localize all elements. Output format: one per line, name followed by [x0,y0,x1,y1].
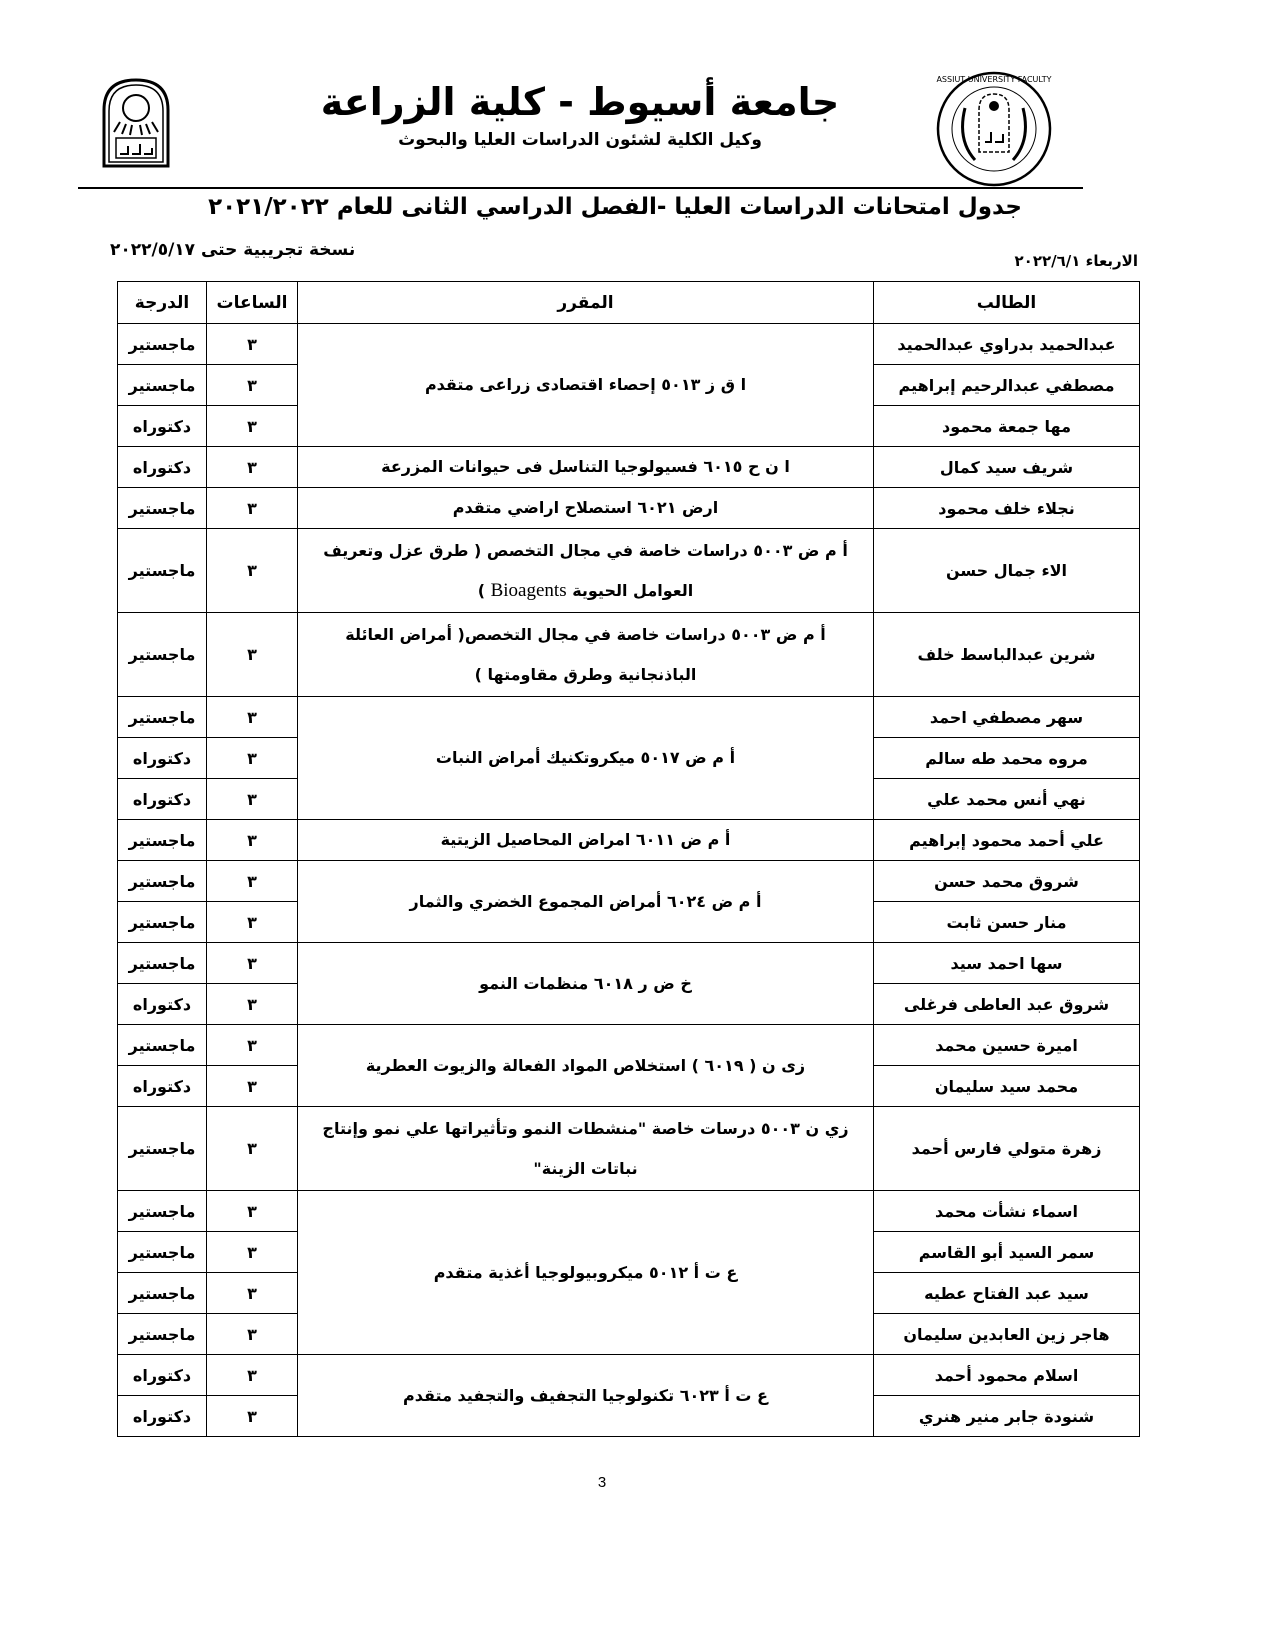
student-name: شنودة جابر منير هنري [874,1396,1140,1437]
hours-cell: ٣ [207,406,298,447]
degree-cell: دكتوراه [118,447,207,488]
header-divider [78,187,1083,189]
course-cell: أ م ض ٥٠٠٣ دراسات خاصة في مجال التخصص( أ… [298,613,874,697]
header-course: المقرر [298,282,874,324]
student-name: سها احمد سيد [874,943,1140,984]
course-cell: ا ق ز ٥٠١٣ إحصاء اقتصادى زراعى متقدم [298,324,874,447]
degree-cell: ماجستير [118,1191,207,1232]
degree-cell: ماجستير [118,365,207,406]
course-cell: أ م ض ٦٠٢٤ أمراض المجموع الخضري والثمار [298,861,874,943]
table-row: شرين عبدالباسط خلف أ م ض ٥٠٠٣ دراسات خاص… [118,613,1140,697]
table-row: اميرة حسين محمد زى ن ( ٦٠١٩ ) استخلاص ال… [118,1025,1140,1066]
degree-cell: دكتوراه [118,406,207,447]
hours-cell: ٣ [207,779,298,820]
office-subtitle: وكيل الكلية لشئون الدراسات العليا والبحو… [300,128,860,152]
degree-cell: ماجستير [118,613,207,697]
draft-note: نسخة تجريبية حتى ٢٠٢٢/٥/١٧ [110,240,430,260]
course-cell: ا ن ح ٦٠١٥ فسيولوجيا التناسل فى حيوانات … [298,447,874,488]
degree-cell: ماجستير [118,902,207,943]
course-cell: خ ض ر ٦٠١٨ منظمات النمو [298,943,874,1025]
course-cell: زي ن ٥٠٠٣ درسات خاصة "منشطات النمو وتأثي… [298,1107,874,1191]
student-name: سيد عبد الفتاح عطيه [874,1273,1140,1314]
table-row: شروق محمد حسن أ م ض ٦٠٢٤ أمراض المجموع ا… [118,861,1140,902]
degree-cell: ماجستير [118,1273,207,1314]
student-name: اميرة حسين محمد [874,1025,1140,1066]
hours-cell: ٣ [207,1314,298,1355]
student-name: سهر مصطفي احمد [874,697,1140,738]
degree-cell: ماجستير [118,861,207,902]
student-name: الاء جمال حسن [874,529,1140,613]
student-name: علي أحمد محمود إبراهيم [874,820,1140,861]
table-row: سهر مصطفي احمد أ م ض ٥٠١٧ ميكروتكنيك أمر… [118,697,1140,738]
table-row: سها احمد سيد خ ض ر ٦٠١٨ منظمات النمو ٣ م… [118,943,1140,984]
svg-text:ASSIUT UNIVERSITY FACULTY: ASSIUT UNIVERSITY FACULTY [936,75,1051,84]
hours-cell: ٣ [207,697,298,738]
course-cell: ع ت أ ٦٠٢٣ تكنولوجيا التجفيف والتجفيد مت… [298,1355,874,1437]
degree-cell: دكتوراه [118,779,207,820]
student-name: شروق عبد العاطى فرغلى [874,984,1140,1025]
header-hours: الساعات [207,282,298,324]
header-degree: الدرجة [118,282,207,324]
degree-cell: ماجستير [118,1314,207,1355]
degree-cell: دكتوراه [118,1066,207,1107]
degree-cell: ماجستير [118,943,207,984]
degree-cell: ماجستير [118,1107,207,1191]
hours-cell: ٣ [207,365,298,406]
student-name: شريف سيد كمال [874,447,1140,488]
table-row: شريف سيد كمال ا ن ح ٦٠١٥ فسيولوجيا التنا… [118,447,1140,488]
university-title: جامعة أسيوط - كلية الزراعة [300,80,860,124]
hours-cell: ٣ [207,738,298,779]
student-name: شرين عبدالباسط خلف [874,613,1140,697]
assiut-university-logo-icon [100,76,172,168]
page-number: 3 [587,1474,617,1491]
hours-cell: ٣ [207,1396,298,1437]
student-name: اسلام محمود أحمد [874,1355,1140,1396]
course-cell: زى ن ( ٦٠١٩ ) استخلاص المواد الفعالة وال… [298,1025,874,1107]
student-name: نهي أنس محمد علي [874,779,1140,820]
degree-cell: ماجستير [118,529,207,613]
degree-cell: ماجستير [118,488,207,529]
degree-cell: ماجستير [118,820,207,861]
hours-cell: ٣ [207,324,298,365]
student-name: عبدالحميد بدراوي عبدالحميد [874,324,1140,365]
table-row: اسماء نشأت محمد ع ت أ ٥٠١٢ ميكروبيولوجيا… [118,1191,1140,1232]
hours-cell: ٣ [207,820,298,861]
hours-cell: ٣ [207,902,298,943]
schedule-title: جدول امتحانات الدراسات العليا -الفصل الد… [200,191,1030,223]
table-row: علي أحمد محمود إبراهيم أ م ض ٦٠١١ امراض … [118,820,1140,861]
student-name: هاجر زين العابدين سليمان [874,1314,1140,1355]
degree-cell: ماجستير [118,1025,207,1066]
exam-day-date: الاربعاء ٢٠٢٢/٦/١ [880,252,1138,270]
hours-cell: ٣ [207,1191,298,1232]
degree-cell: دكتوراه [118,738,207,779]
hours-cell: ٣ [207,447,298,488]
table-row: عبدالحميد بدراوي عبدالحميد ا ق ز ٥٠١٣ إح… [118,324,1140,365]
table-header-row: الطالب المقرر الساعات الدرجة [118,282,1140,324]
hours-cell: ٣ [207,529,298,613]
hours-cell: ٣ [207,1107,298,1191]
faculty-of-agriculture-seal-icon: ASSIUT UNIVERSITY FACULTY [935,70,1053,188]
hours-cell: ٣ [207,1355,298,1396]
header-student: الطالب [874,282,1140,324]
exam-schedule-table: الطالب المقرر الساعات الدرجة عبدالحميد ب… [117,281,1140,1437]
degree-cell: ماجستير [118,1232,207,1273]
hours-cell: ٣ [207,1232,298,1273]
degree-cell: دكتوراه [118,984,207,1025]
student-name: اسماء نشأت محمد [874,1191,1140,1232]
student-name: نجلاء خلف محمود [874,488,1140,529]
hours-cell: ٣ [207,613,298,697]
course-cell: ارض ٦٠٢١ استصلاح اراضي متقدم [298,488,874,529]
hours-cell: ٣ [207,1066,298,1107]
course-latin-term: Bioagents [491,580,567,601]
degree-cell: ماجستير [118,324,207,365]
degree-cell: دكتوراه [118,1355,207,1396]
table-row: الاء جمال حسن أ م ض ٥٠٠٣ دراسات خاصة في … [118,529,1140,613]
hours-cell: ٣ [207,1273,298,1314]
course-cell: أ م ض ٥٠١٧ ميكروتكنيك أمراض النبات [298,697,874,820]
student-name: شروق محمد حسن [874,861,1140,902]
student-name: زهرة متولي فارس أحمد [874,1107,1140,1191]
student-name: سمر السيد أبو القاسم [874,1232,1140,1273]
course-cell: أ م ض ٦٠١١ امراض المحاصيل الزيتية [298,820,874,861]
table-row: زهرة متولي فارس أحمد زي ن ٥٠٠٣ درسات خاص… [118,1107,1140,1191]
hours-cell: ٣ [207,488,298,529]
hours-cell: ٣ [207,984,298,1025]
student-name: مروه محمد طه سالم [874,738,1140,779]
hours-cell: ٣ [207,1025,298,1066]
course-cell: أ م ض ٥٠٠٣ دراسات خاصة في مجال التخصص ( … [298,529,874,613]
degree-cell: ماجستير [118,697,207,738]
student-name: مها جمعة محمود [874,406,1140,447]
hours-cell: ٣ [207,861,298,902]
course-cell: ع ت أ ٥٠١٢ ميكروبيولوجيا أغذية متقدم [298,1191,874,1355]
degree-cell: دكتوراه [118,1396,207,1437]
student-name: محمد سيد سليمان [874,1066,1140,1107]
student-name: منار حسن ثابت [874,902,1140,943]
student-name: مصطفي عبدالرحيم إبراهيم [874,365,1140,406]
course-text: أ م ض ٥٠٠٣ دراسات خاصة في مجال التخصص ( … [323,541,848,600]
course-text-tail: ) [478,581,485,600]
table-row: اسلام محمود أحمد ع ت أ ٦٠٢٣ تكنولوجيا ال… [118,1355,1140,1396]
table-row: نجلاء خلف محمود ارض ٦٠٢١ استصلاح اراضي م… [118,488,1140,529]
hours-cell: ٣ [207,943,298,984]
